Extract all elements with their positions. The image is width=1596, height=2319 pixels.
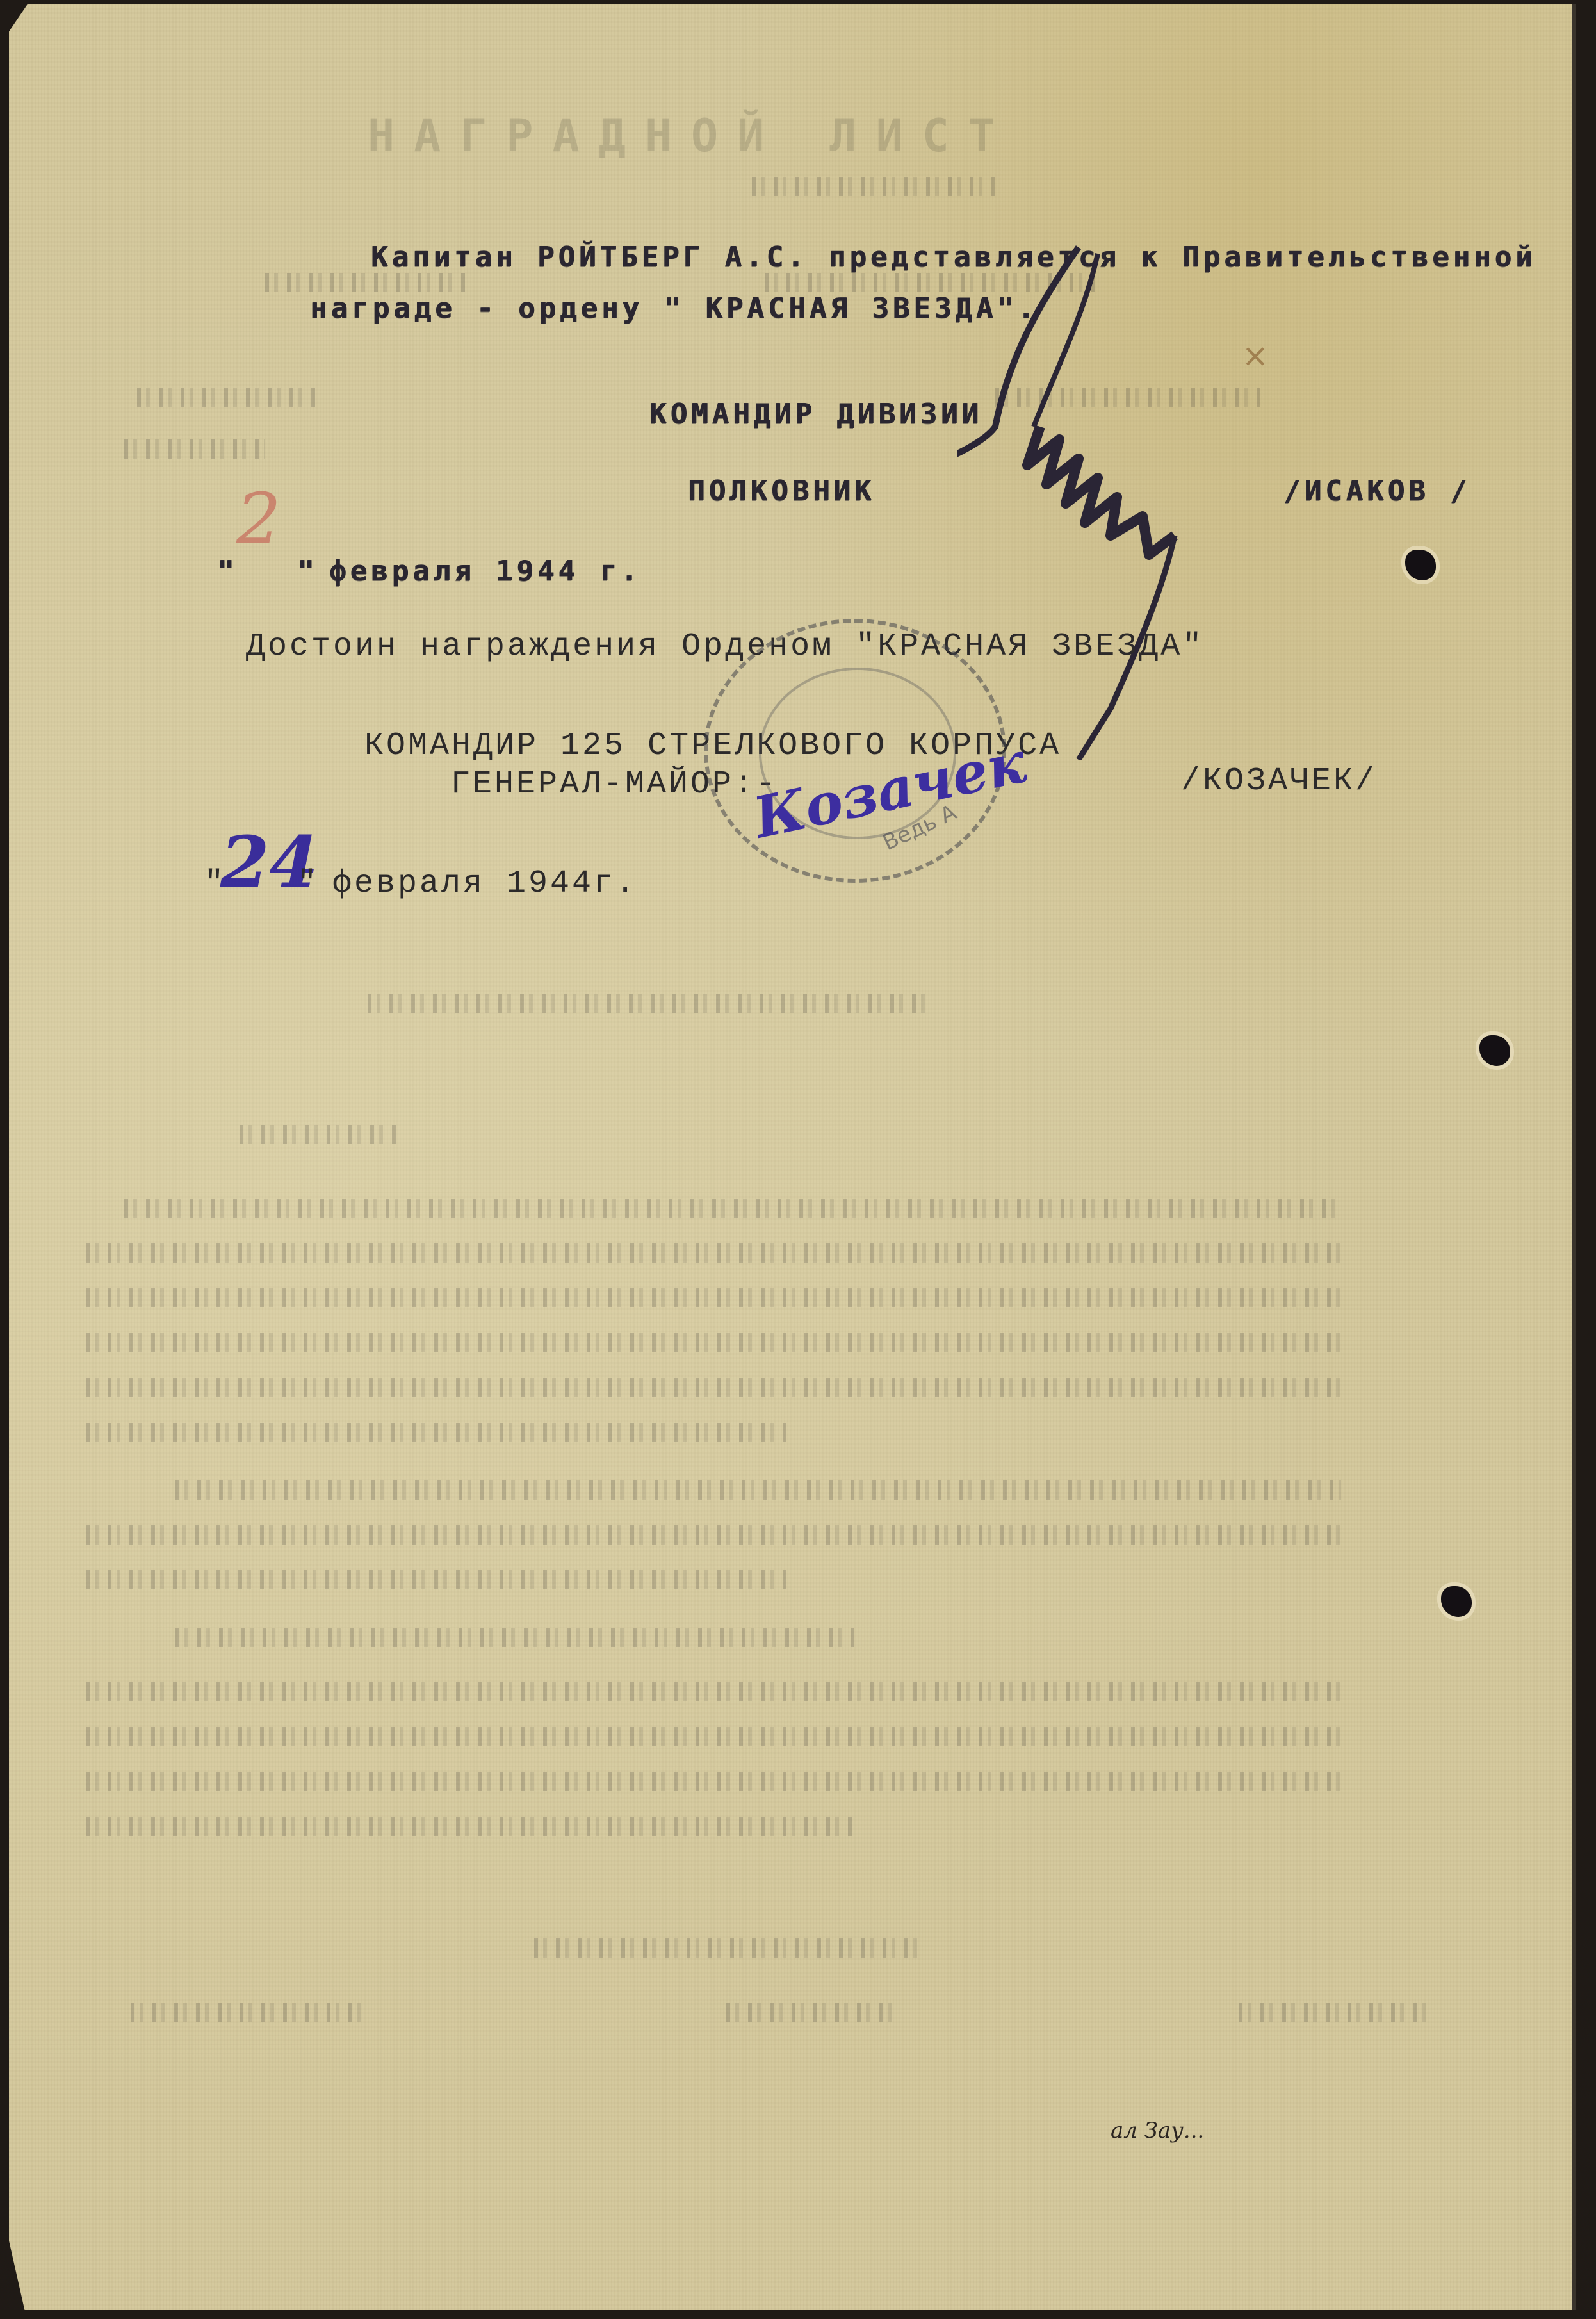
- bleed-through-text: [86, 1682, 1341, 1701]
- bleed-through-text: [137, 388, 316, 407]
- corps-decision: Достоин награждения Орденом "КРАСНАЯ ЗВЕ…: [246, 628, 1204, 665]
- bleed-through-text: [726, 2003, 893, 2022]
- bleed-through-text: [86, 1333, 1341, 1352]
- binder-hole: [1479, 1035, 1510, 1066]
- binder-hole: [1441, 1586, 1472, 1617]
- corps-commander-name: /КОЗАЧЕК/: [1181, 763, 1377, 799]
- bleed-through-text: [124, 1199, 1341, 1218]
- bleed-through-text: [368, 994, 931, 1013]
- division-commander-name: /ИСАКОВ /: [1283, 475, 1470, 507]
- pencil-note: ал Зау...: [1111, 2118, 1204, 2143]
- division-commander-signature: [957, 234, 1226, 760]
- faded-header: НАГРАДНОЙ ЛИСТ: [368, 110, 1014, 162]
- bleed-through-text: [752, 177, 995, 196]
- division-date-quote-close: ": [297, 555, 318, 587]
- bleed-through-text: [240, 1125, 400, 1144]
- bleed-through-text: [1239, 2003, 1431, 2022]
- bleed-through-text: [86, 1243, 1341, 1263]
- handwritten-day-red: 2: [236, 478, 281, 560]
- division-date: февраля 1944 г.: [329, 555, 641, 587]
- binder-hole: [1405, 550, 1436, 580]
- nomination-line-1: Капитан РОЙТБЕРГ А.С. представляется к П…: [371, 241, 1536, 274]
- division-commander-title: КОМАНДИР ДИВИЗИИ: [649, 398, 982, 430]
- bleed-through-text: [265, 273, 470, 292]
- bleed-through-text: [86, 1378, 1341, 1397]
- bleed-through-text: [86, 1288, 1341, 1307]
- bleed-through-text: [175, 1480, 1341, 1500]
- bleed-through-text: [86, 1525, 1341, 1545]
- bleed-through-text: [86, 1727, 1341, 1746]
- bleed-through-text: [86, 1772, 1341, 1791]
- bleed-through-text: [86, 1423, 790, 1442]
- division-commander-rank: ПОЛКОВНИК: [688, 475, 875, 507]
- division-date-quote-open: ": [217, 555, 238, 587]
- document-page: НАГРАДНОЙ ЛИСТ Капитан РОЙТБЕРГ А.С. пре…: [9, 4, 1576, 2310]
- corps-date: февраля 1944г.: [332, 865, 637, 902]
- bleed-through-text: [86, 1817, 854, 1836]
- bleed-through-text: [175, 1628, 854, 1647]
- nomination-line-2: награде - ордену " КРАСНАЯ ЗВЕЗДА".: [310, 292, 1038, 325]
- bleed-through-text: [86, 1570, 790, 1589]
- corps-date-quote-close: ": [297, 865, 319, 902]
- pencil-x-mark: ×: [1242, 337, 1269, 374]
- bleed-through-text: [131, 2003, 368, 2022]
- bleed-through-text: [534, 1938, 918, 1958]
- bleed-through-text: [124, 439, 265, 459]
